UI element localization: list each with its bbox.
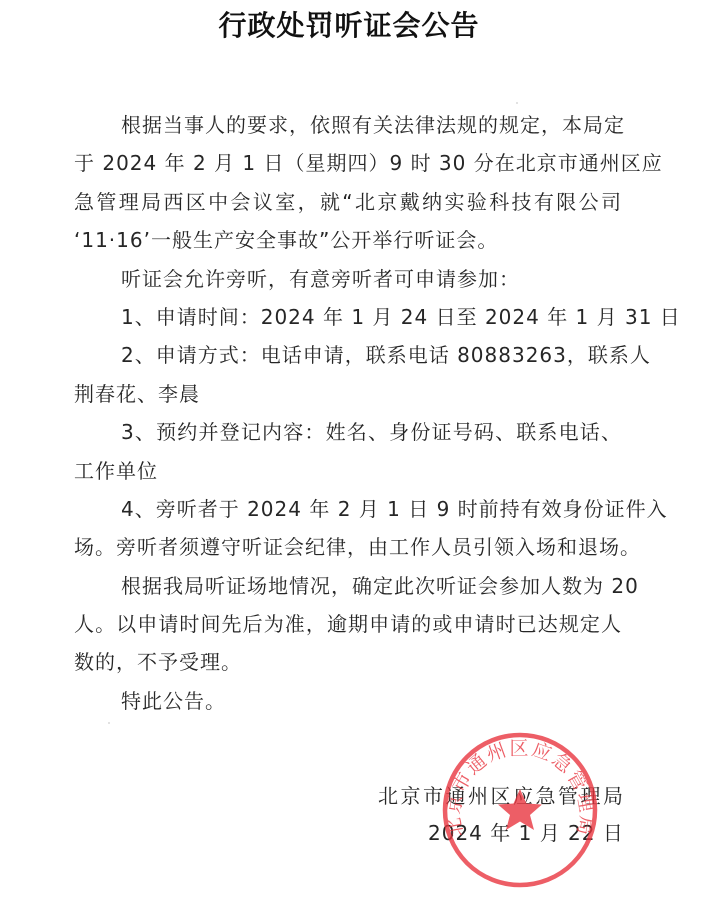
signature-organization: 北京市通州区应急管理局 [378, 780, 626, 809]
item-4-line-2: 场。旁听者须遵守听证会纪律，由工作人员引领入场和退场。 [74, 528, 622, 566]
scan-speck [108, 722, 110, 724]
item-1-line-1: 1、申请时间：2024 年 1 月 24 日至 2024 年 1 月 31 日 [74, 298, 622, 336]
scan-speck [516, 102, 518, 104]
paragraph-1-line-4: ‘11·16’一般生产安全事故”公开举行听证会。 [74, 221, 622, 259]
paragraph-2-line-1: 听证会允许旁听，有意旁听者可申请参加： [74, 260, 622, 298]
paragraph-3-line-2: 人。以申请时间先后为准，逾期申请的或申请时已达规定人 [74, 605, 622, 643]
item-4-line-1: 4、旁听者于 2024 年 2 月 1 日 9 时前持有效身份证件入 [74, 490, 622, 528]
paragraph-1-line-3: 急管理局西区中会议室，就“北京戴纳实验科技有限公司 [74, 183, 622, 221]
paragraph-3-line-3: 数的，不予受理。 [74, 643, 622, 681]
paragraph-1-line-2: 于 2024 年 2 月 1 日（星期四）9 时 30 分在北京市通州区应 [74, 144, 622, 182]
closing-line: 特此公告。 [74, 682, 622, 720]
signature-date: 2024 年 1 月 22 日 [428, 817, 624, 846]
item-2-line-1: 2、申请方式：电话申请，联系电话 80883263，联系人 [74, 336, 622, 374]
item-3-line-1: 3、预约并登记内容：姓名、身份证号码、联系电话、 [74, 413, 622, 451]
paragraph-3-line-1: 根据我局听证场地情况，确定此次听证会参加人数为 20 [74, 567, 622, 605]
document-page: 行政处罚听证会公告 根据当事人的要求，依照有关法律法规的规定，本局定 于 202… [0, 0, 722, 908]
item-2-line-2: 荆春花、李晨 [74, 375, 622, 413]
document-title: 行政处罚听证会公告 [0, 6, 698, 46]
item-3-line-2: 工作单位 [74, 452, 622, 490]
paragraph-1-line-1: 根据当事人的要求，依照有关法律法规的规定，本局定 [74, 106, 622, 144]
official-seal: 北京市通州区应急管理局 [441, 731, 599, 889]
document-body: 根据当事人的要求，依照有关法律法规的规定，本局定 于 2024 年 2 月 1 … [74, 106, 622, 720]
